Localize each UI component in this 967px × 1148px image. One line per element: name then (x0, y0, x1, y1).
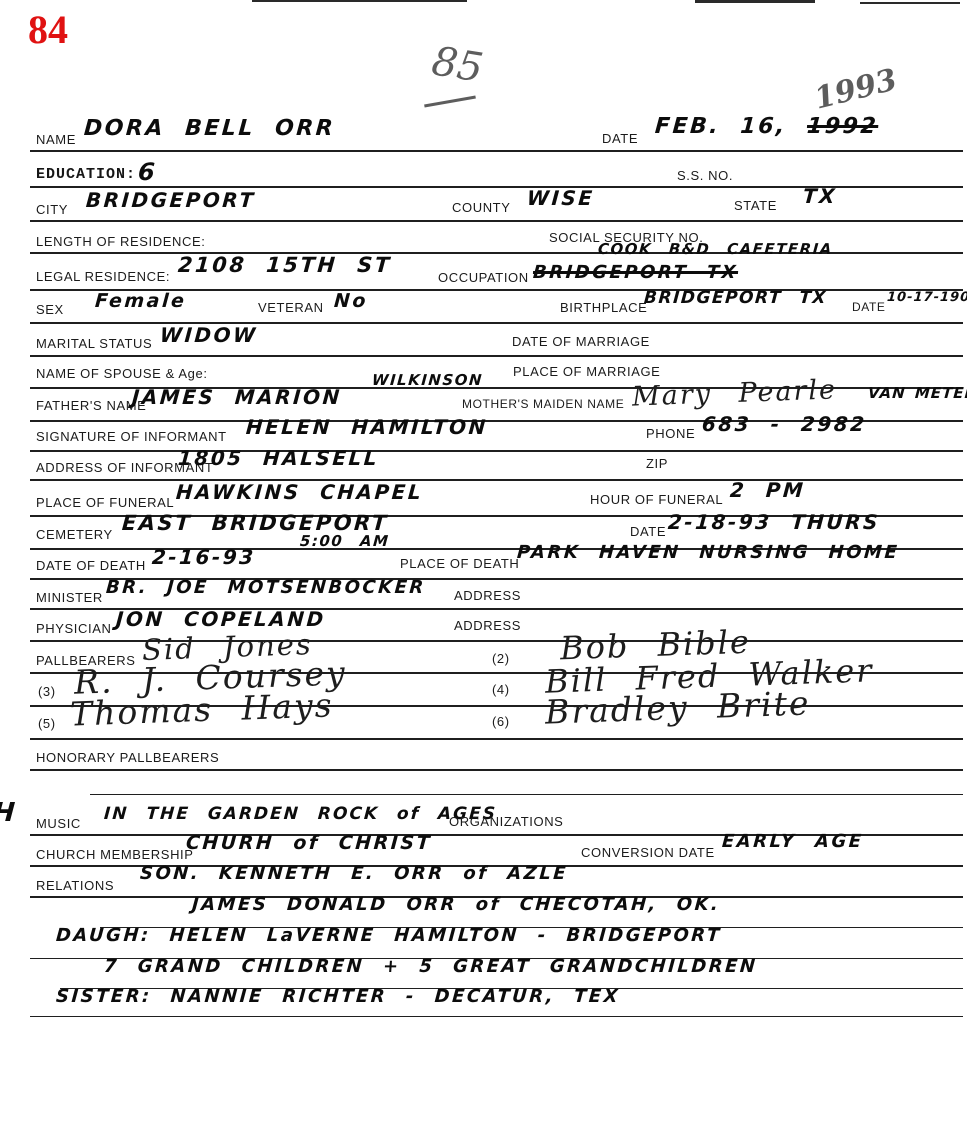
scan-artifact (252, 0, 467, 2)
date-of-death-label: DATE OF DEATH (36, 558, 146, 573)
relations-line-5: SISTER: NANNIE RICHTER - DECATUR, TEX (55, 986, 620, 1007)
ruled-line (30, 738, 963, 740)
mothers-maiden-name-label: MOTHER'S MAIDEN NAME (462, 397, 624, 411)
scan-artifact (695, 0, 815, 3)
name-label: NAME (36, 132, 76, 147)
legal-residence-value: 2108 15TH ST (177, 253, 392, 277)
ss-no-label: S.S. NO. (677, 168, 733, 183)
pallbearer-2-number: (2) (492, 651, 510, 666)
zip-label: ZIP (646, 456, 668, 471)
date-of-death-value: 2-16-93 (151, 545, 256, 569)
relations-line-3: DAUGH: HELEN LaVERNE HAMILTON - BRIDGEPO… (55, 925, 722, 946)
legal-residence-label: LEGAL RESIDENCE: (36, 269, 170, 284)
date-struck-year: 1992 (806, 114, 879, 139)
name-value: DORA BELL ORR (83, 116, 336, 141)
page-number-red: 84 (28, 6, 68, 53)
ruled-line (30, 450, 963, 452)
ruled-line (30, 355, 963, 357)
pencil-year-note: 1993 (811, 62, 900, 116)
place-of-funeral-label: PLACE OF FUNERAL (36, 495, 174, 510)
sex-value: Female (94, 290, 187, 312)
music-value: IN THE GARDEN ROCK of AGES (103, 804, 497, 824)
veteran-label: VETERAN (258, 300, 324, 315)
mothers-maiden-name-script: Mary Pearle (632, 374, 838, 412)
informant-address-value: 1805 HALSELL (177, 446, 380, 470)
hour-of-funeral-value: 2 PM (729, 478, 806, 502)
marital-status-value: WIDOW (159, 323, 258, 347)
honorary-pallbearers-label: HONORARY PALLBEARERS (36, 750, 219, 765)
funeral-date-label: DATE (630, 524, 666, 539)
scanned-funeral-record-form: 84 85 1993 H NAME DORA BELL ORR DATE FEB… (0, 0, 967, 1148)
pencil-page-number: 85 (429, 38, 486, 91)
ruled-line (30, 1016, 963, 1017)
birthplace-label: BIRTHPLACE (560, 300, 647, 315)
relations-line-4: 7 GRAND CHILDREN + 5 GREAT GRANDCHILDREN (103, 956, 758, 977)
ruled-line (90, 794, 963, 795)
phone-value: 683 - 2982 (701, 412, 867, 436)
ruled-line (30, 220, 963, 222)
fathers-name-label: FATHER'S NAME (36, 398, 146, 413)
time-of-death-value: 5:00 AM (299, 532, 390, 550)
city-value: BRIDGEPORT (85, 188, 256, 212)
minister-address-label: ADDRESS (454, 588, 521, 603)
informant-signature-label: SIGNATURE OF INFORMANT (36, 429, 227, 444)
ruled-line (30, 769, 963, 771)
conversion-date-label: CONVERSION DATE (581, 845, 715, 860)
ruled-line (30, 479, 963, 481)
occupation-label: OCCUPATION (438, 270, 529, 285)
date-label: DATE (602, 131, 638, 146)
mothers-maiden-name-print: VAN METER (867, 384, 967, 402)
physician-address-label: ADDRESS (454, 618, 521, 633)
hour-of-funeral-label: HOUR OF FUNERAL (590, 492, 723, 507)
place-of-death-value: PARK HAVEN NURSING HOME (516, 542, 900, 563)
ruled-line (30, 150, 963, 152)
fathers-surname-above: WILKINSON (371, 371, 483, 389)
pencil-underline-stroke (424, 96, 476, 108)
birthplace-value: BRIDGEPORT TX (643, 288, 827, 308)
date-value: FEB. 16, 1992 (654, 114, 879, 139)
minister-value: BR. JOE MOTSENBOCKER (105, 577, 426, 598)
funeral-date-value: 2-18-93 THURS (667, 510, 881, 534)
state-label: STATE (734, 198, 777, 213)
minister-label: MINISTER (36, 590, 103, 605)
informant-signature-value: HELEN HAMILTON (245, 415, 489, 439)
place-of-funeral-value: HAWKINS CHAPEL (175, 480, 424, 504)
birth-date-label: DATE (852, 300, 886, 314)
church-membership-value: CHURH of CHRIST (185, 832, 433, 854)
county-value: WISE (526, 186, 595, 210)
cemetery-label: CEMETERY (36, 527, 113, 542)
church-membership-label: CHURCH MEMBERSHIP (36, 847, 194, 862)
conversion-date-value: EARLY AGE (721, 831, 864, 852)
place-of-marriage-label: PLACE OF MARRIAGE (513, 364, 660, 379)
date-of-marriage-label: DATE OF MARRIAGE (512, 334, 650, 349)
pallbearer-3-number: (3) (38, 684, 56, 699)
relations-line-1: SON. KENNETH E. ORR of AZLE (139, 863, 569, 884)
education-label: EDUCATION: (36, 166, 136, 183)
physician-label: PHYSICIAN (36, 621, 111, 636)
organizations-label: ORGANIZATIONS (449, 814, 563, 829)
occupation-corrected-value: COOK B&D CAFETERIA (597, 240, 833, 258)
pallbearer-6: Bradley Brite (544, 683, 811, 731)
length-of-residence-label: LENGTH OF RESIDENCE: (36, 234, 205, 249)
city-label: CITY (36, 202, 68, 217)
spouse-label: NAME OF SPOUSE & Age: (36, 366, 208, 381)
veteran-value: No (333, 290, 369, 312)
scan-artifact (860, 2, 960, 4)
county-label: COUNTY (452, 200, 511, 215)
pallbearer-5: Thomas Hays (69, 685, 334, 733)
state-value: TX (802, 184, 838, 208)
music-label: MUSIC (36, 816, 81, 831)
occupation-struck-value: BRIDGEPORT TX (532, 262, 739, 283)
education-value: 6 (137, 158, 158, 186)
phone-label: PHONE (646, 426, 695, 441)
relations-label: RELATIONS (36, 878, 114, 893)
place-of-death-label: PLACE OF DEATH (400, 556, 519, 571)
pallbearer-5-number: (5) (38, 716, 56, 731)
fathers-name-value: JAMES MARION (131, 385, 343, 409)
marital-status-label: MARITAL STATUS (36, 336, 152, 351)
relations-line-2: JAMES DONALD ORR of CHECOTAH, OK. (191, 894, 721, 915)
sex-label: SEX (36, 302, 64, 317)
pallbearer-4-number: (4) (492, 682, 510, 697)
pallbearer-6-number: (6) (492, 714, 510, 729)
birth-date-value: 10-17-1907 (886, 290, 967, 305)
margin-mark: H (0, 798, 18, 828)
